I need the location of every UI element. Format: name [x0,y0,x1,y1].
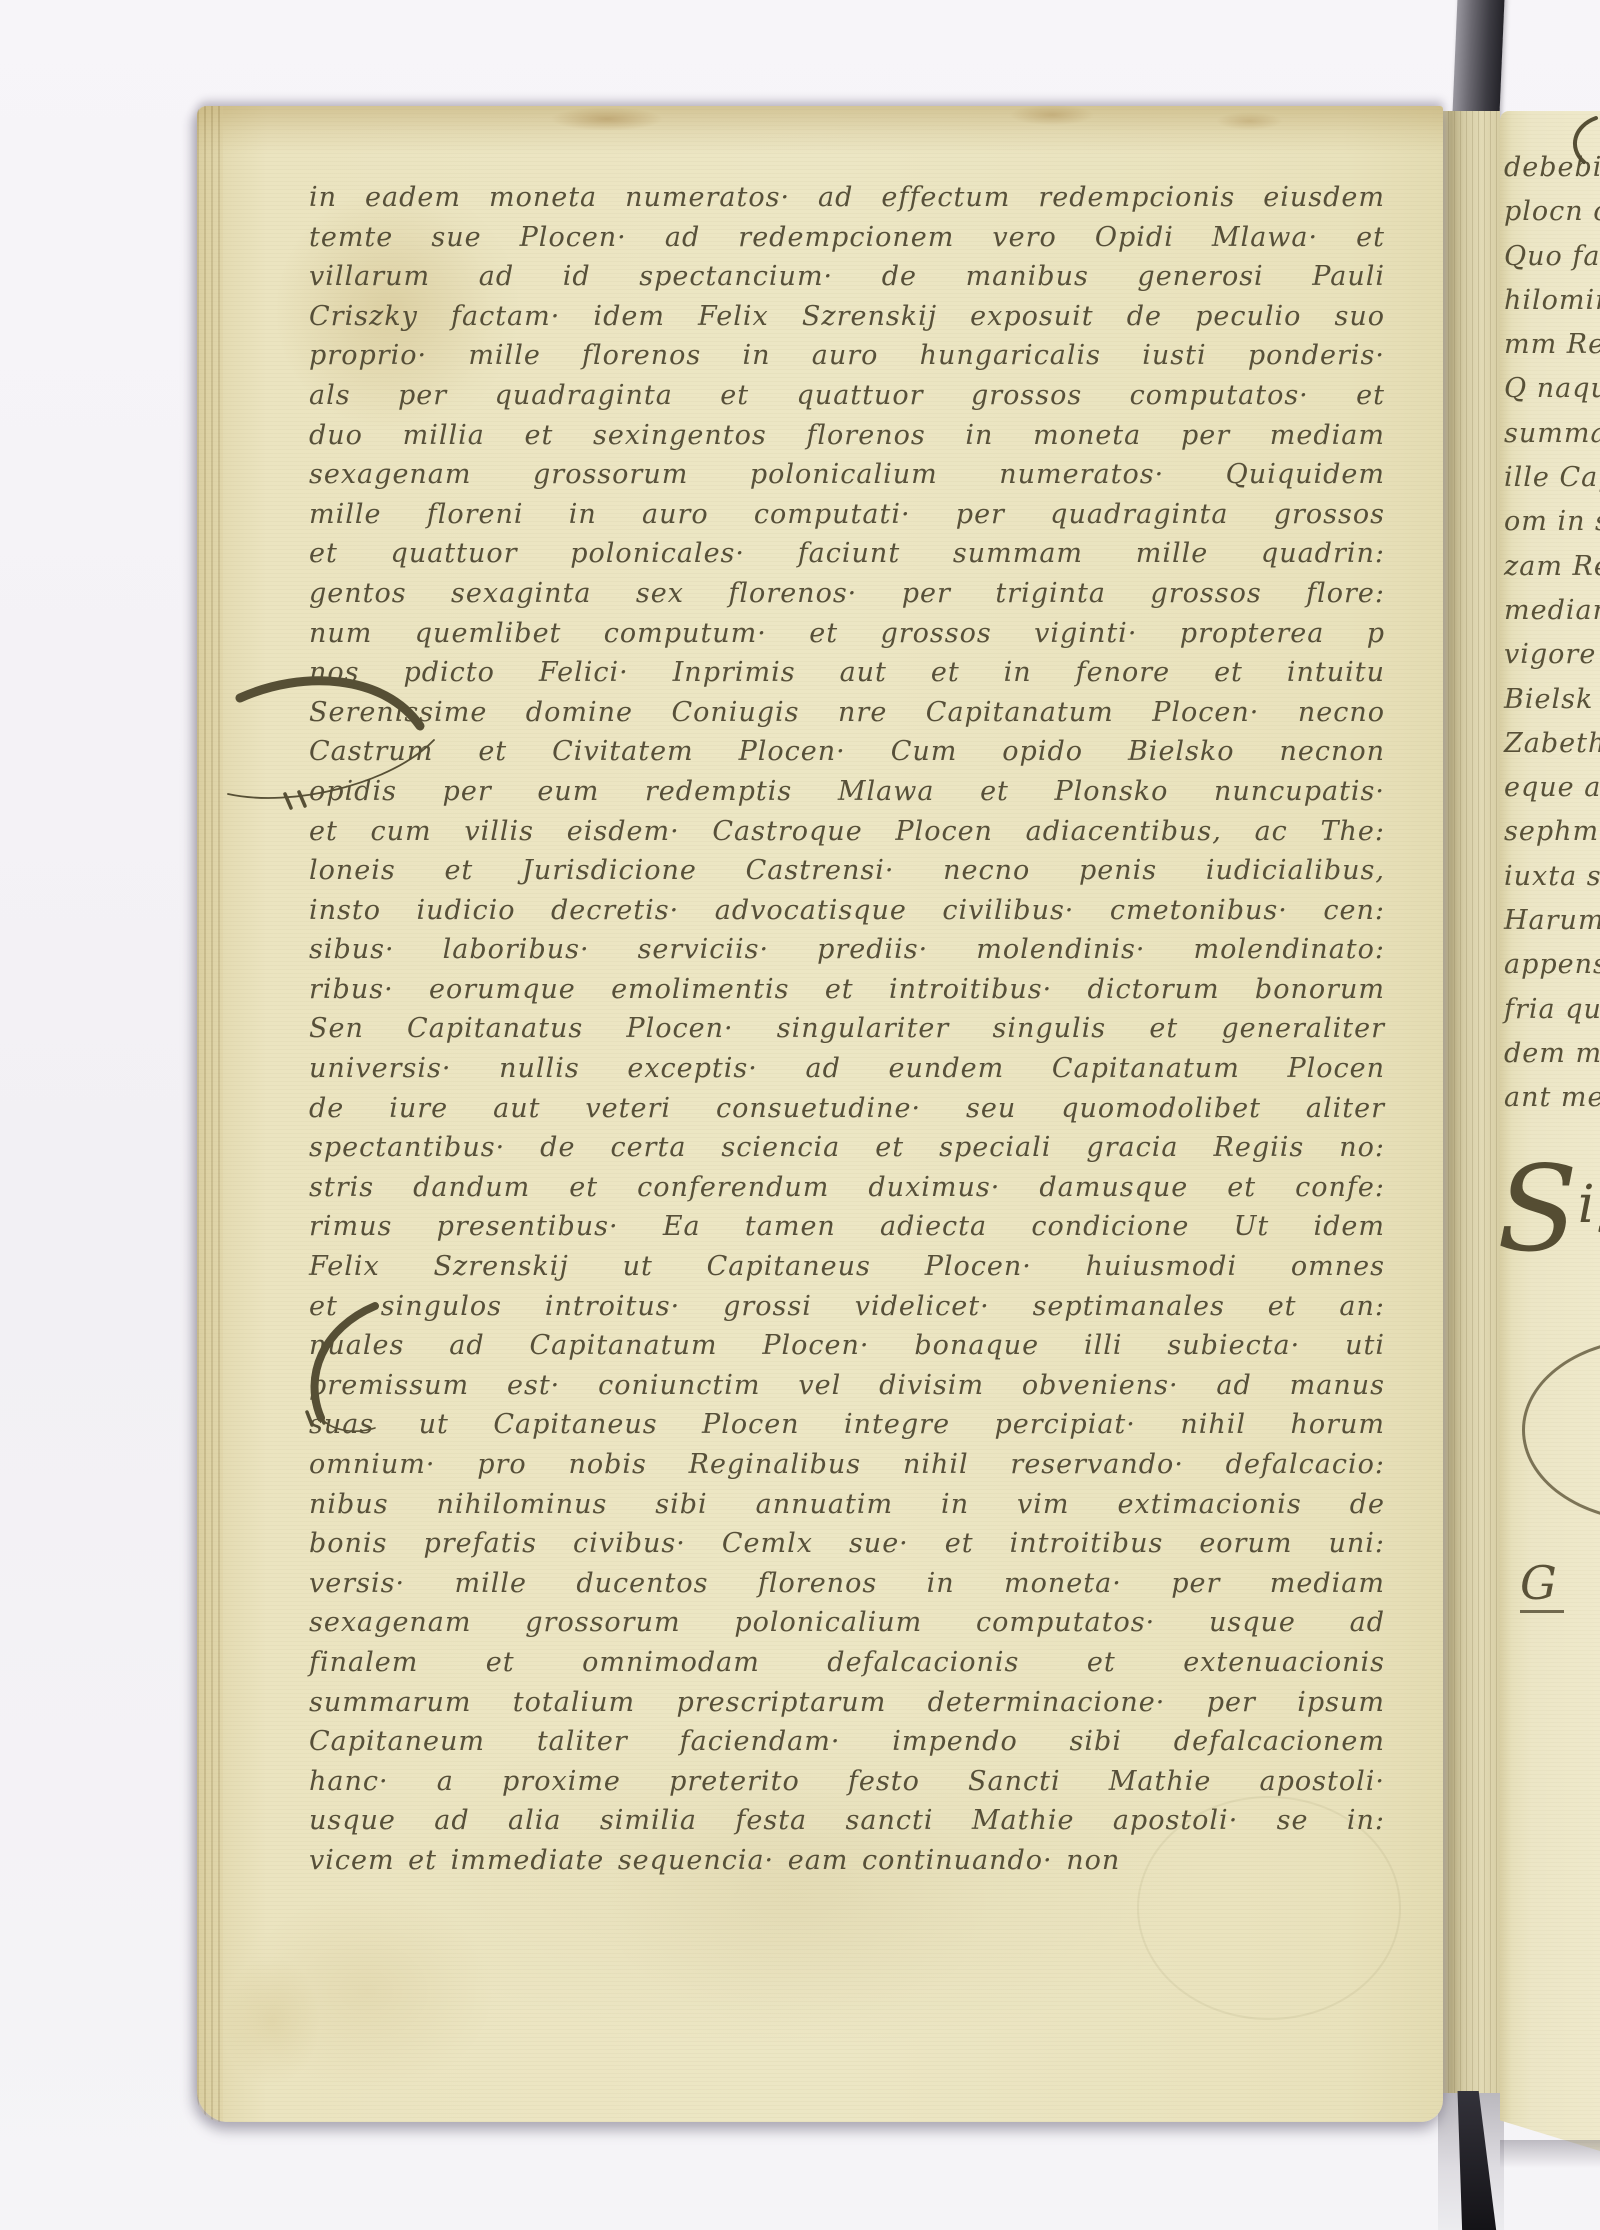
text-line: insto iudicio decretis· advocatisque civ… [309,891,1385,931]
text-line: proprio· mille florenos in auro hungaric… [309,336,1385,376]
fragment-line: iuxta s [1504,855,1600,899]
text-line: suas ut Capitaneus Plocen integre percip… [309,1405,1385,1445]
text-line: sexagenam grossorum polonicalium computa… [309,1603,1385,1643]
text-line: et cum villis eisdem· Castroque Plocen a… [309,812,1385,852]
fragment-line: Harum s [1504,899,1600,943]
fragment-line: mm Re [1504,323,1600,367]
manuscript-scan: in eadem moneta numeratos· ad effectum r… [0,0,1600,2230]
text-line: nos pdicto Felici· Inprimis aut et in fe… [309,653,1385,693]
text-line: temte sue Plocen· ad redempcionem vero O… [309,218,1385,258]
fragment-line: Quo facto [1504,235,1600,279]
text-line: opidis per eum redemptis Mlawa et Plonsk… [309,772,1385,812]
left-page: in eadem moneta numeratos· ad effectum r… [197,106,1443,2122]
text-line: omnium· pro nobis Reginalibus nihil rese… [309,1445,1385,1485]
fragment-line: Q naquide [1504,367,1600,411]
text-line: hanc· a proxime preterito festo Sancti M… [309,1762,1385,1802]
text-line: Capitaneum taliter faciendam· impendo si… [309,1722,1385,1762]
text-line: Criszky factam· idem Felix Szrenskij exp… [309,297,1385,337]
text-line: num quemlibet computum· et grossos vigin… [309,614,1385,654]
text-line: premissum est· coniunctim vel divisim ob… [309,1366,1385,1406]
ditto-mark [285,794,291,808]
text-line: sexagenam grossorum polonicalium numerat… [309,455,1385,495]
fragment-line: sephm [1504,810,1600,854]
parchment-stain [187,1846,547,2136]
fragment-line: om in s [1504,500,1600,544]
fragment-line: fria qu [1504,988,1600,1032]
fragment-line: vigore h [1504,633,1600,677]
text-line: usque ad alia similia festa sancti Mathi… [309,1801,1385,1841]
large-initial-fragment: Sigis [1497,1150,1600,1268]
fragment-line: hilominub [1504,279,1600,323]
right-page-fragments: debebimuplocn obQuo factohilominubmm ReQ… [1504,146,1600,1121]
fragment-line: dem m [1504,1032,1600,1076]
text-line: in eadem moneta numeratos· ad effectum r… [309,178,1385,218]
text-line: universis· nullis exceptis· ad eundem Ca… [309,1049,1385,1089]
fragment-line: plocn ob [1504,190,1600,234]
partial-underlined-letter: G [1520,1556,1564,1613]
text-line: et singulos introitus· grossi videlicet·… [309,1287,1385,1327]
ditto-mark [299,792,305,806]
initial-capital: S [1497,1140,1578,1278]
fragment-line: mediank [1504,589,1600,633]
text-line: stris dandum et conferendum duximus· dam… [309,1168,1385,1208]
fragment-line: eque ad [1504,766,1600,810]
text-line: versis· mille ducentos florenos in monet… [309,1564,1385,1604]
fragment-line: appensum [1504,943,1600,987]
text-line: Castrum et Civitatem Plocen· Cum opido B… [309,732,1385,772]
fragment-line: zam Re [1504,545,1600,589]
text-line: ribus· eorumque emolimentis et introitib… [309,970,1385,1010]
text-line: Felix Szrenskij ut Capitaneus Plocen· hu… [309,1247,1385,1287]
right-page-bottom-shadow [1500,2140,1600,2168]
fragment-line: ant me [1504,1076,1600,1120]
margin-flourish-lower [287,1298,407,1438]
text-line: nibus nihilominus sibi annuatim in vim e… [309,1485,1385,1525]
text-line: als per quadraginta et quattuor grossos … [309,376,1385,416]
margin-flourish-upper [222,666,462,816]
text-line: spectantibus· de certa sciencia et speci… [309,1128,1385,1168]
page-stack-edge [197,106,223,2122]
text-line: vicem et immediate sequencia· eam contin… [309,1841,1385,1881]
text-line: bonis prefatis civibus· Cemlx sue· et in… [309,1524,1385,1564]
text-line: duo millia et sexingentos florenos in mo… [309,416,1385,456]
text-line: gentos sexaginta sex florenos· per trigi… [309,574,1385,614]
page-top-browning [197,106,1443,154]
text-line: nuales ad Capitanatum Plocen· bonaque il… [309,1326,1385,1366]
text-line: et quattuor polonicales· faciunt summam … [309,534,1385,574]
fragment-line: ille Capit [1504,456,1600,500]
binding-gutter [1442,111,1500,2097]
fragment-line: debebimu [1504,146,1600,190]
initial-rest: igis [1578,1175,1600,1235]
text-line: Sen Capitanatus Plocen· singulariter sin… [309,1009,1385,1049]
text-line: finalem et omnimodam defalcacionis et ex… [309,1643,1385,1683]
text-line: mille floreni in auro computati· per qua… [309,495,1385,535]
fragment-line: Bielsk [1504,678,1600,722]
text-line: rimus presentibus· Ea tamen adiecta cond… [309,1207,1385,1247]
manuscript-text-block: in eadem moneta numeratos· ad effectum r… [309,178,1385,1881]
fragment-line: summavm [1504,412,1600,456]
text-line: sibus· laboribus· serviciis· prediis· mo… [309,930,1385,970]
bookmark-ribbon [1452,0,1504,119]
text-line: Serenissime domine Coniugis nre Capitana… [309,693,1385,733]
text-line: de iure aut veteri consuetudine· seu quo… [309,1089,1385,1129]
ditto-mark [307,1412,312,1425]
text-line: villarum ad id spectancium· de manibus g… [309,257,1385,297]
text-line: summarum totalium prescriptarum determin… [309,1683,1385,1723]
fragment-line: Zabeth 6 [1504,722,1600,766]
text-line: loneis et Jurisdicione Castrensi· necno … [309,851,1385,891]
